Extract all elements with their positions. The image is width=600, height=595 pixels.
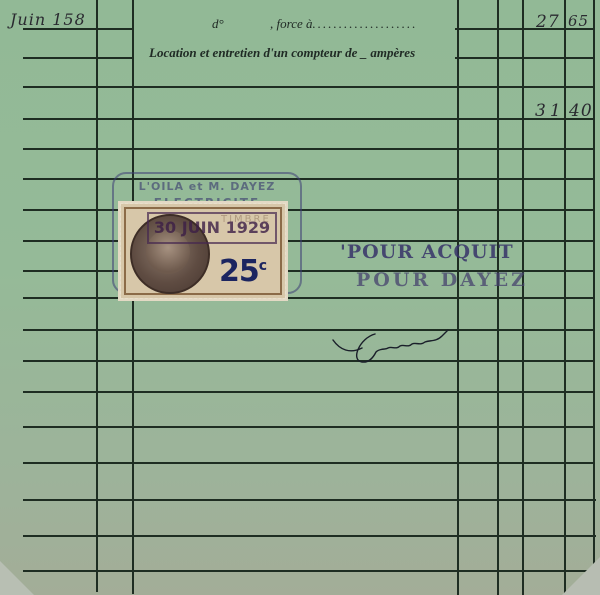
ditto-mark: d°	[212, 16, 224, 32]
ruled-line	[23, 148, 593, 150]
ledger-sheet: Juin 158 d° , force à...................…	[0, 0, 600, 595]
ruled-line	[23, 86, 593, 88]
ruled-line	[23, 360, 593, 362]
acquit-name-line: POUR DAYEZ	[340, 266, 528, 294]
ruled-line	[23, 329, 593, 331]
ruled-line	[23, 209, 593, 211]
paper-corner-fold	[562, 557, 600, 595]
company-stamp-name: L'OILA et M. DAYEZ	[114, 180, 300, 193]
amount-centimes: 65	[568, 12, 589, 30]
signature-icon	[330, 320, 460, 370]
force-label: , force à	[270, 16, 312, 31]
ruled-line	[23, 426, 595, 428]
paper-corner-fold	[0, 561, 34, 595]
column-line	[593, 0, 595, 595]
acquit-line: 'POUR ACQUIT	[340, 238, 528, 266]
ruled-line	[23, 570, 597, 572]
column-line	[497, 0, 499, 595]
ruled-line	[23, 57, 133, 59]
amount-francs: 27	[536, 12, 560, 32]
ruled-line	[455, 57, 593, 59]
stamp-value-suffix: c	[259, 258, 266, 274]
ruled-line	[23, 535, 596, 537]
row-date: Juin 158	[10, 10, 86, 29]
ruled-line	[23, 178, 593, 180]
amount-centimes: 40	[569, 101, 593, 121]
ruled-line	[23, 391, 594, 393]
ruled-line	[23, 297, 593, 299]
column-line	[457, 0, 459, 595]
row-description: , force à....................	[270, 16, 417, 32]
stamp-value-number: 25	[219, 254, 259, 289]
row-description: Location et entretien d'un compteur de _…	[149, 45, 415, 61]
ruled-line	[23, 118, 593, 120]
column-line	[522, 0, 524, 595]
payment-received-stamp: 'POUR ACQUIT POUR DAYEZ	[340, 238, 528, 294]
column-line	[564, 0, 566, 595]
date-stamp: 30 JUIN 1929	[147, 212, 277, 244]
ruled-line	[23, 462, 595, 464]
ruled-line	[23, 499, 596, 501]
stamp-value: 25c	[219, 254, 266, 289]
amount-francs: 31	[535, 101, 565, 121]
dot-leader: ....................	[312, 16, 417, 31]
column-line	[96, 0, 98, 592]
